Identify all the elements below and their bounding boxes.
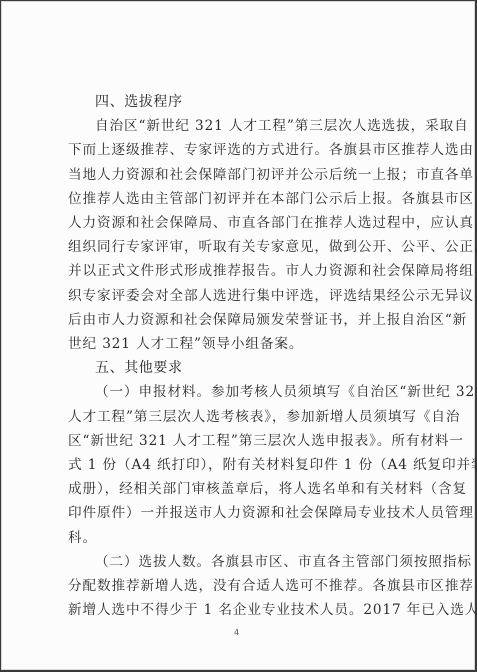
text-line: 科。 (68, 526, 416, 550)
document-page: 四、选拔程序 自治区“新世纪 321 人才工程”第三层次人选选拔，采取自 下而上… (1, 1, 475, 670)
text-line: 区“新世纪 321 人才工程”第三层次人选申报表》。所有材料一 (68, 429, 416, 453)
text-line: 自治区“新世纪 321 人才工程”第三层次人选选拔，采取自 (68, 114, 416, 138)
text-line: 人才工程”第三层次人选考核表》，参加新增人员须填写《自治 (68, 405, 416, 429)
text-line: 当地人力资源和社会保障部门初评并公示后统一上报；市直各单 (68, 163, 416, 187)
text-line: 后由市人力资源和社会保障局颁发荣誉证书，并上报自治区“新 (68, 308, 416, 332)
paragraph-selection-procedure: 自治区“新世纪 321 人才工程”第三层次人选选拔，采取自 下而上逐级推荐、专家… (68, 114, 416, 356)
text-line: （一）申报材料。参加考核人员须填写《自治区“新世纪 321 (68, 380, 416, 404)
text-line: 织专家评委会对全部人选进行集中评选，评选结果经公示无异议 (68, 284, 416, 308)
text-line: 新增人选中不得少于 1 名企业专业技术人员。2017 年已入选人员 (68, 598, 416, 622)
section-heading-other-requirements: 五、其他要求 (68, 356, 416, 380)
text-line: 印件原件）一并报送市人力资源和社会保障局专业技术人员管理 (68, 501, 416, 525)
text-line: 式 1 份（A4 纸打印），附有关材料复印件 1 份（A4 纸复印并装订 (68, 453, 416, 477)
text-line: 位推荐人选由主管部门初评并在本部门公示后上报。各旗县市区 (68, 187, 416, 211)
text-line: 组织同行专家评审，听取有关专家意见，做到公开、公平、公正， (68, 235, 416, 259)
text-line: 并以正式文件形式形成推荐报告。市人力资源和社会保障局将组 (68, 259, 416, 283)
section-heading-selection-procedure: 四、选拔程序 (68, 90, 416, 114)
text-line: 下而上逐级推荐、专家评选的方式进行。各旗县市区推荐人选由 (68, 138, 416, 162)
paragraph-selection-quota: （二）选拔人数。各旗县市区、市直各主管部门须按照指标 分配数推荐新增人选，没有合… (68, 550, 416, 623)
paragraph-application-materials: （一）申报材料。参加考核人员须填写《自治区“新世纪 321 人才工程”第三层次人… (68, 380, 416, 549)
text-line: 人力资源和社会保障局、市直各部门在推荐人选过程中，应认真 (68, 211, 416, 235)
text-line: 分配数推荐新增人选，没有合适人选可不推荐。各旗县市区推荐 (68, 574, 416, 598)
text-line: 成册），经相关部门审核盖章后，将人选名单和有关材料（含复 (68, 477, 416, 501)
text-line: （二）选拔人数。各旗县市区、市直各主管部门须按照指标 (68, 550, 416, 574)
text-line: 世纪 321 人才工程”领导小组备案。 (68, 332, 416, 356)
document-body: 四、选拔程序 自治区“新世纪 321 人才工程”第三层次人选选拔，采取自 下而上… (68, 90, 416, 622)
page-number: 4 (234, 628, 239, 637)
